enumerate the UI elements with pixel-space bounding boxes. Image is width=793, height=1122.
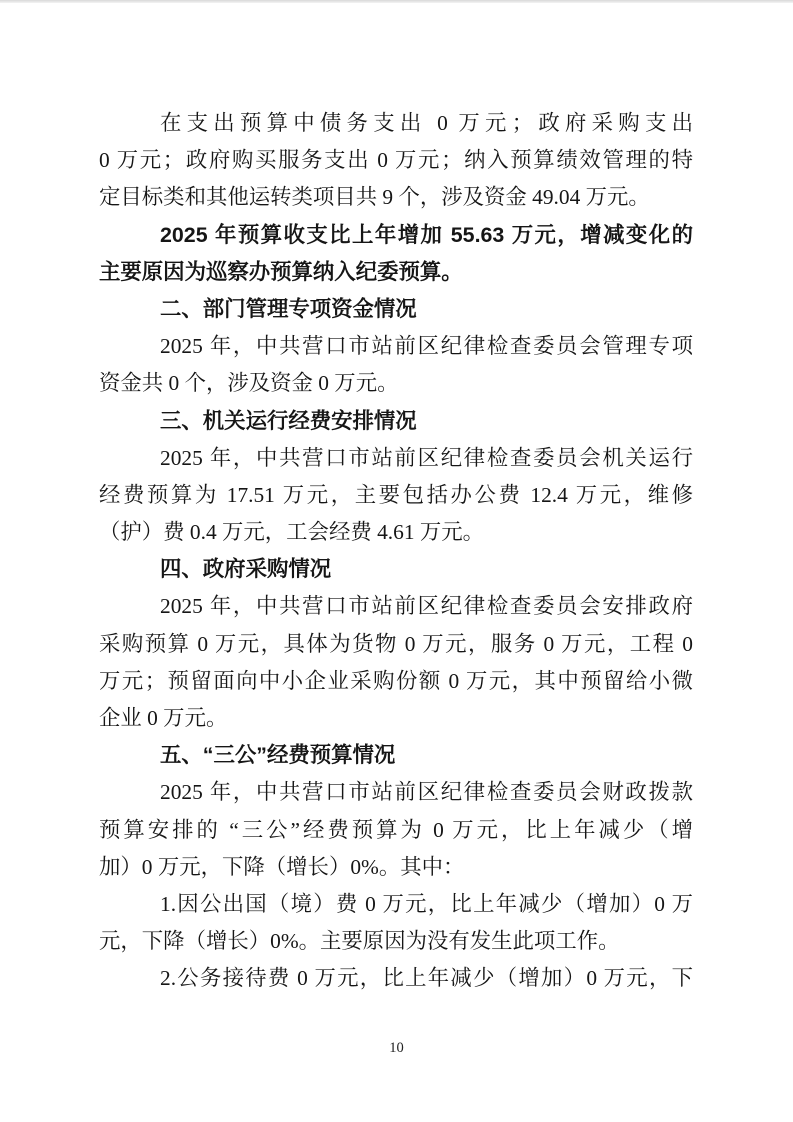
section-heading: 三、机关运行经费安排情况	[99, 403, 693, 440]
text-line: （护）费 0.4 万元，工会经费 4.61 万元。	[99, 514, 693, 551]
text-line: 1.因公出国（境）费 0 万元，比上年减少（增加）0 万	[99, 886, 693, 923]
text-line: 二、部门管理专项资金情况	[99, 291, 693, 328]
page-top-edge	[0, 0, 793, 3]
text-line: 万元；预留面向中小企业采购份额 0 万元，其中预留给小微	[99, 663, 693, 700]
section-heading: 四、政府采购情况	[99, 551, 693, 588]
text-line: 2025 年，中共营口市站前区纪律检查委员会财政拨款	[99, 774, 693, 811]
text-line: 五、“三公”经费预算情况	[99, 737, 693, 774]
text-line: 加）0 万元，下降（增长）0%。其中：	[99, 849, 693, 886]
section-heading: 五、“三公”经费预算情况	[99, 737, 693, 774]
paragraph: 2025 年预算收支比上年增加 55.63 万元，增减变化的主要原因为巡察办预算…	[99, 217, 693, 291]
paragraph: 2.公务接待费 0 万元，比上年减少（增加）0 万元，下	[99, 960, 693, 997]
document-body: 在支出预算中债务支出 0 万元；政府采购支出0 万元；政府购买服务支出 0 万元…	[99, 105, 693, 998]
paragraph: 2025 年，中共营口市站前区纪律检查委员会安排政府采购预算 0 万元，具体为货…	[99, 588, 693, 737]
paragraph: 1.因公出国（境）费 0 万元，比上年减少（增加）0 万元，下降（增长）0%。主…	[99, 886, 693, 960]
document-page: 在支出预算中债务支出 0 万元；政府采购支出0 万元；政府购买服务支出 0 万元…	[0, 0, 793, 1122]
text-line: 资金共 0 个，涉及资金 0 万元。	[99, 365, 693, 402]
text-line: 定目标类和其他运转类项目共 9 个，涉及资金 49.04 万元。	[99, 179, 693, 216]
text-line: 2025 年，中共营口市站前区纪律检查委员会管理专项	[99, 328, 693, 365]
text-line: 四、政府采购情况	[99, 551, 693, 588]
text-line: 元，下降（增长）0%。主要原因为没有发生此项工作。	[99, 923, 693, 960]
text-line: 主要原因为巡察办预算纳入纪委预算。	[99, 254, 693, 291]
paragraph: 2025 年，中共营口市站前区纪律检查委员会机关运行经费预算为 17.51 万元…	[99, 440, 693, 552]
text-line: 2025 年，中共营口市站前区纪律检查委员会机关运行	[99, 440, 693, 477]
section-heading: 二、部门管理专项资金情况	[99, 291, 693, 328]
text-line: 预算安排的 “三公”经费预算为 0 万元，比上年减少（增	[99, 812, 693, 849]
text-line: 三、机关运行经费安排情况	[99, 403, 693, 440]
text-line: 在支出预算中债务支出 0 万元；政府采购支出	[99, 105, 693, 142]
text-line: 2025 年，中共营口市站前区纪律检查委员会安排政府	[99, 588, 693, 625]
paragraph: 2025 年，中共营口市站前区纪律检查委员会财政拨款预算安排的 “三公”经费预算…	[99, 774, 693, 886]
paragraph: 在支出预算中债务支出 0 万元；政府采购支出0 万元；政府购买服务支出 0 万元…	[99, 105, 693, 217]
text-line: 0 万元；政府购买服务支出 0 万元；纳入预算绩效管理的特	[99, 142, 693, 179]
text-line: 2025 年预算收支比上年增加 55.63 万元，增减变化的	[99, 217, 693, 254]
text-line: 经费预算为 17.51 万元，主要包括办公费 12.4 万元，维修	[99, 477, 693, 514]
text-line: 采购预算 0 万元，具体为货物 0 万元，服务 0 万元，工程 0	[99, 626, 693, 663]
paragraph: 2025 年，中共营口市站前区纪律检查委员会管理专项资金共 0 个，涉及资金 0…	[99, 328, 693, 402]
text-line: 2.公务接待费 0 万元，比上年减少（增加）0 万元，下	[99, 960, 693, 997]
text-line: 企业 0 万元。	[99, 700, 693, 737]
page-number: 10	[0, 1040, 793, 1057]
